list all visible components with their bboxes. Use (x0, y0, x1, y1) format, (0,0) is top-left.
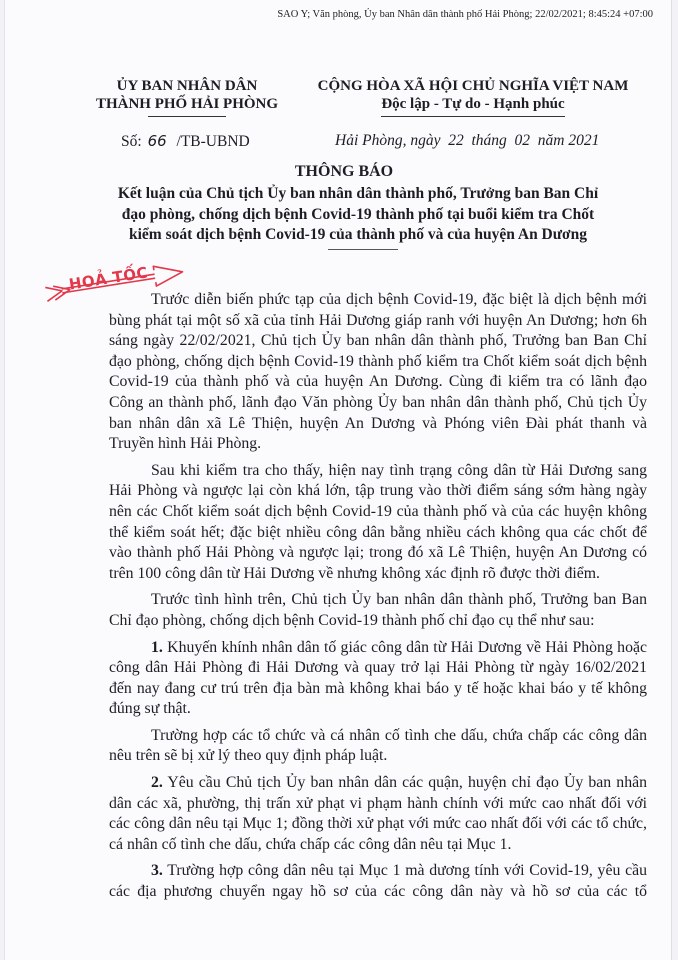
document-number: Số: 66 /TB-UBND (121, 132, 250, 151)
document-body: Trước diễn biến phức tạp của dịch bệnh C… (109, 290, 647, 909)
subtitle-text: Kết luận của Chủ tịch Ủy ban nhân dân th… (118, 185, 598, 243)
paragraph: Sau khi kiểm tra cho thấy, hiện nay tình… (109, 461, 647, 585)
national-header: CỘNG HÒA XÃ HỘI CHỦ NGHĨA VIỆT NAM Độc l… (303, 77, 643, 117)
paragraph-item-1: 1. Khuyến khính nhân dân tố giác công dâ… (109, 638, 647, 720)
place-and-date: Hải Phòng, ngày 22 tháng 02 năm 2021 (335, 132, 599, 150)
paragraph: Trước diễn biến phức tạp của dịch bệnh C… (109, 290, 647, 455)
issuer-header: ỦY BAN NHÂN DÂN THÀNH PHỐ HẢI PHÒNG (87, 77, 287, 117)
nation-name: CỘNG HÒA XÃ HỘI CHỦ NGHĨA VIỆT NAM (303, 77, 643, 95)
national-motto: Độc lập - Tự do - Hạnh phúc (381, 95, 564, 117)
subtitle-underline (328, 249, 398, 250)
paragraph: Trường hợp các tổ chức và cá nhân cố tìn… (109, 726, 647, 767)
issuer-line-2: THÀNH PHỐ HẢI PHÒNG (87, 95, 287, 113)
doc-number-suffix: /TB-UBND (177, 133, 250, 150)
paragraph-item-3: 3. Trường hợp công dân nêu tại Mục 1 mà … (109, 861, 647, 902)
doc-number-prefix: Số: (121, 133, 142, 150)
issuer-line-1: ỦY BAN NHÂN DÂN (87, 77, 287, 95)
paragraph-item-2: 2. Yêu cầu Chủ tịch Ủy ban nhân dân các … (109, 773, 647, 855)
document-title: THÔNG BÁO (5, 163, 678, 181)
issuer-underline (148, 116, 226, 117)
doc-number-value: 66 (146, 132, 173, 150)
document-page: SAO Y; Văn phòng, Ủy ban Nhân dân thành … (4, 0, 672, 960)
copy-certification-stamp: SAO Y; Văn phòng, Ủy ban Nhân dân thành … (277, 9, 653, 20)
document-subtitle: Kết luận của Chủ tịch Ủy ban nhân dân th… (113, 184, 603, 250)
paragraph: Trước tình hình trên, Chủ tịch Ủy ban nh… (109, 590, 647, 631)
